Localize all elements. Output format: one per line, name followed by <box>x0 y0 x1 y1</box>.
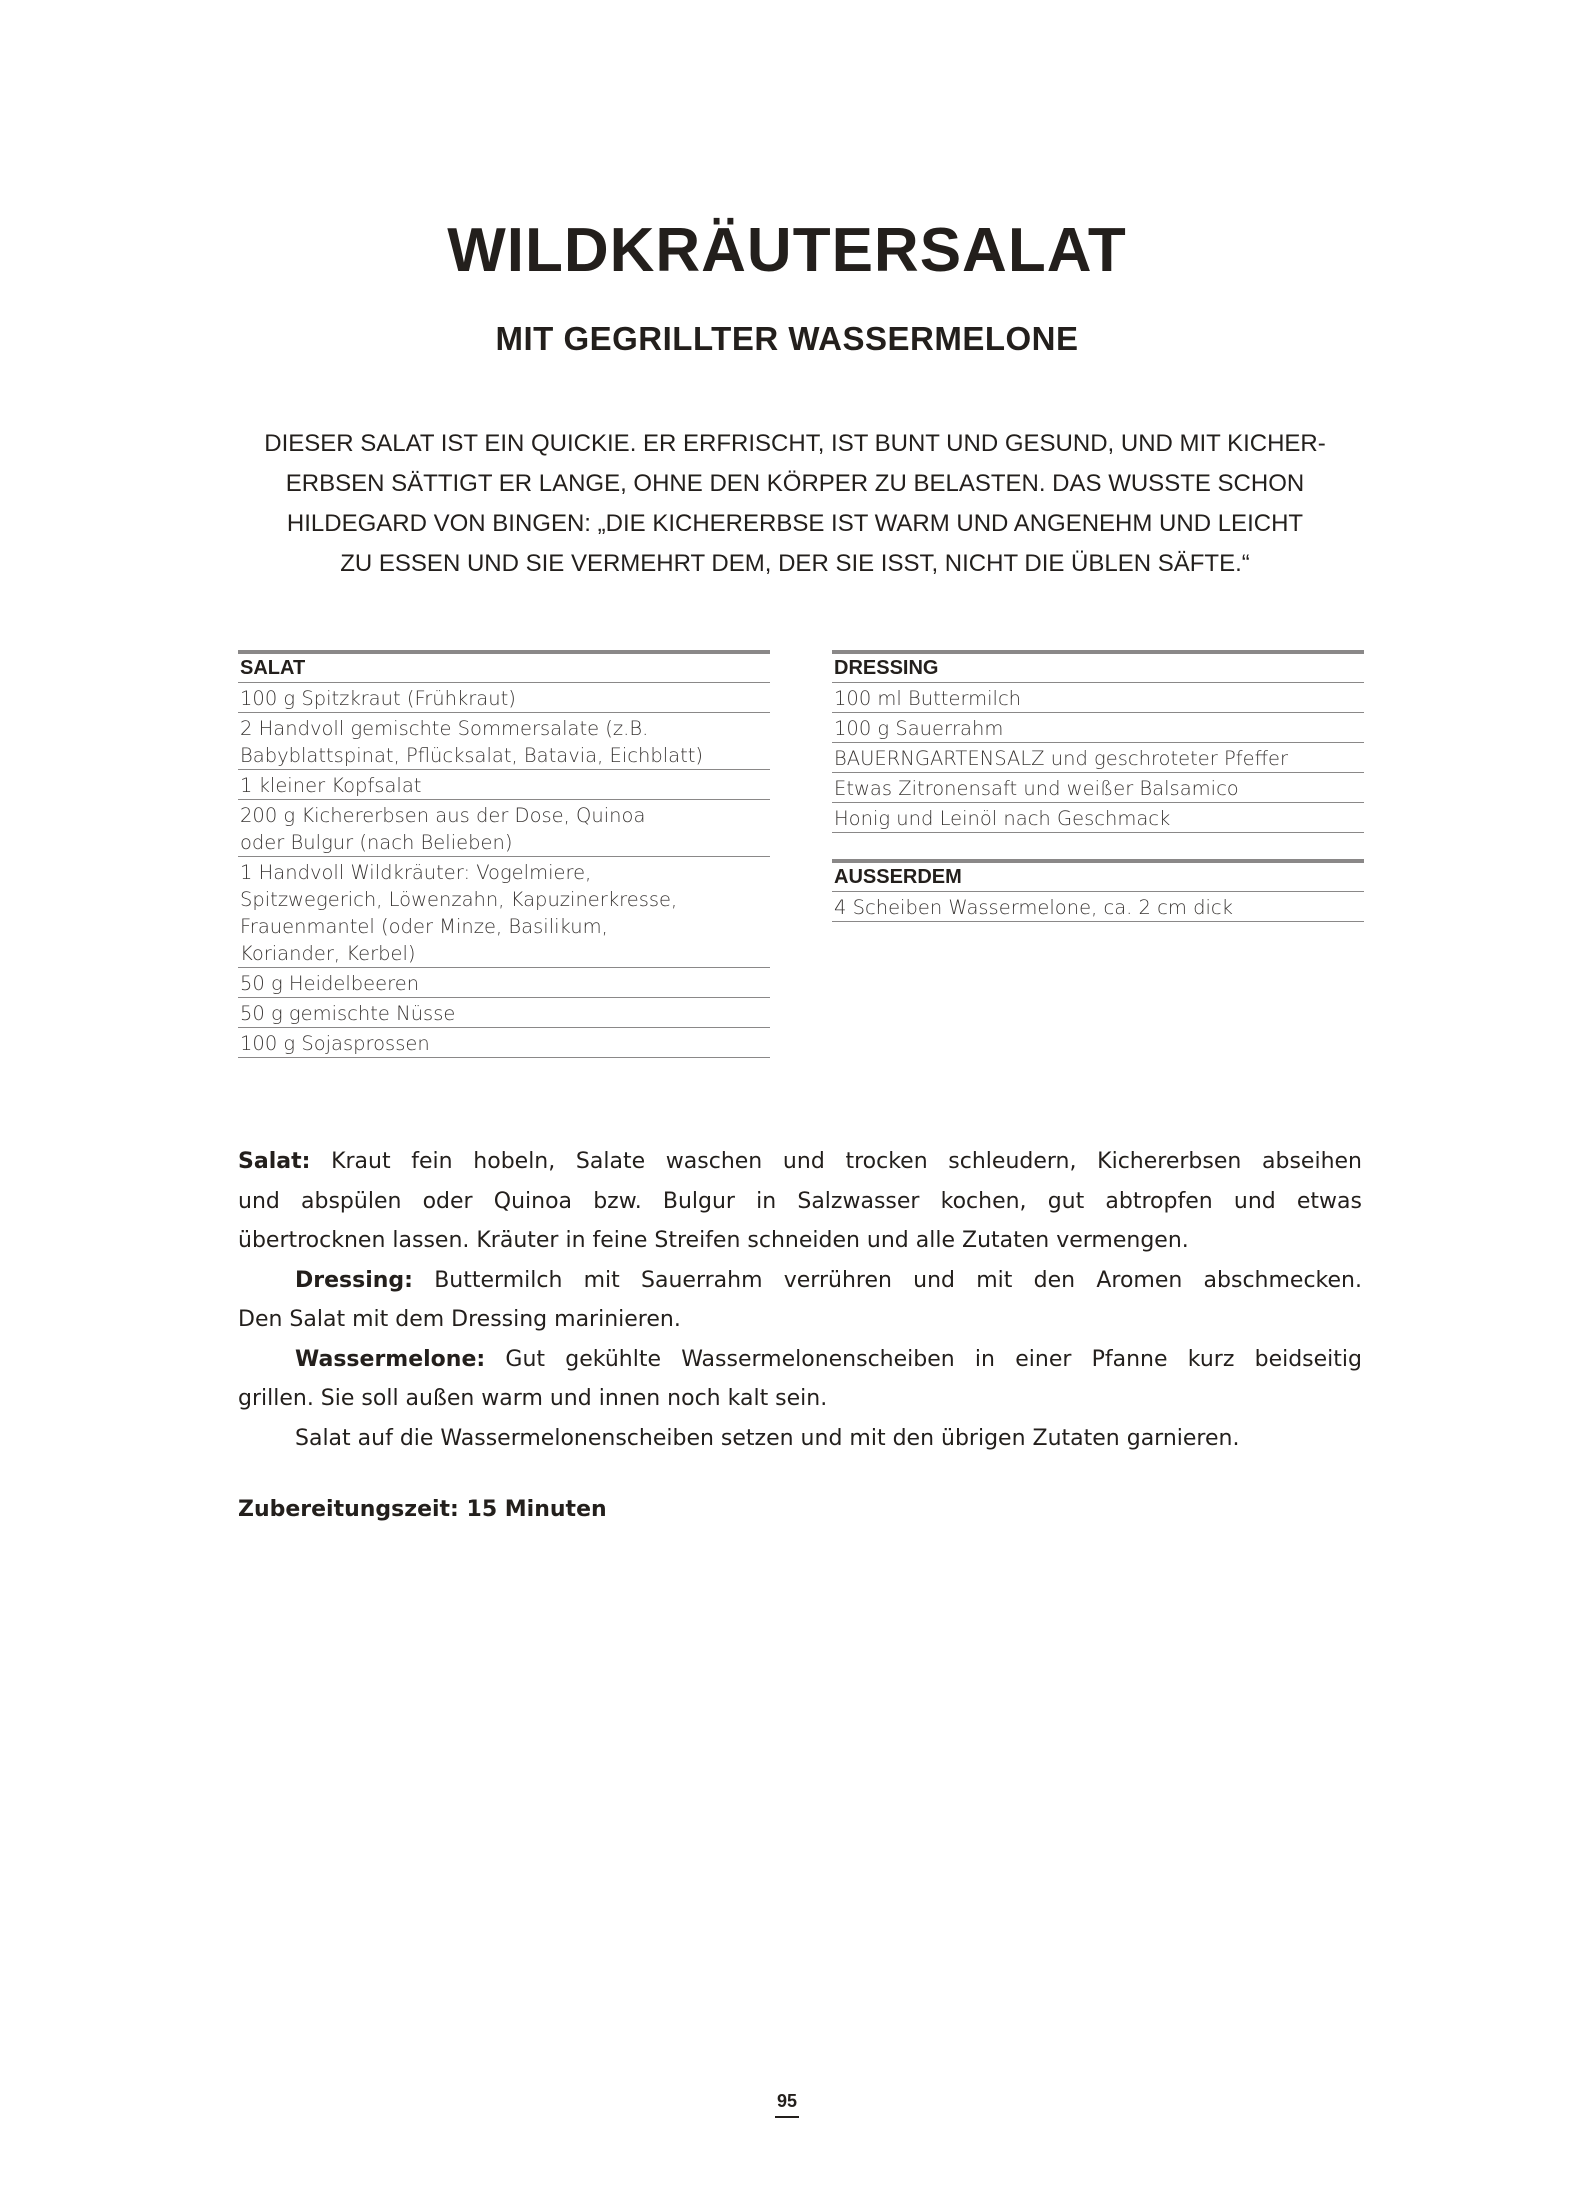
ingredient-heading: AUSSERDEM <box>832 859 1364 892</box>
ingredients-ausserdem: AUSSERDEM4 Scheiben Wassermelone, ca. 2 … <box>832 859 1364 922</box>
method-final-line: Salat auf die Wassermelonenscheiben setz… <box>238 1419 1362 1459</box>
ingredient-heading: SALAT <box>238 650 770 683</box>
ingredient-item: 100 g Sauerrahm <box>832 713 1364 743</box>
ingredient-item: 4 Scheiben Wassermelone, ca. 2 cm dick <box>832 892 1364 922</box>
intro-paragraph: DIESER SALAT IST EIN QUICKIE. ER ERFRISC… <box>240 424 1350 584</box>
ingredient-item: 1 Handvoll Wildkräuter: Vogelmiere,Spitz… <box>238 857 770 968</box>
method-line: übertrocknen lassen. Kräuter in feine St… <box>238 1221 1362 1261</box>
page-subtitle: MIT GEGRILLTER WASSERMELONE <box>0 322 1574 355</box>
method-line: und abspülen oder Quinoa bzw. Bulgur in … <box>238 1182 1362 1222</box>
method-melone-label: Wassermelone: <box>295 1347 485 1372</box>
ingredients-right-column: DRESSING100 ml Buttermilch100 g Sauerrah… <box>832 650 1364 948</box>
recipe-page: WILDKRÄUTERSALAT MIT GEGRILLTER WASSERME… <box>0 0 1574 2204</box>
method-salat-label: Salat: <box>238 1149 310 1174</box>
intro-line: DIESER SALAT IST EIN QUICKIE. ER ERFRISC… <box>240 424 1350 464</box>
method-salat-line: Salat: Kraut fein hobeln, Salate waschen… <box>238 1142 1362 1182</box>
ingredient-item: 50 g gemischte Nüsse <box>238 998 770 1028</box>
ingredient-item: 2 Handvoll gemischte Sommersalate (z.B.B… <box>238 713 770 770</box>
ingredient-item: Honig und Leinöl nach Geschmack <box>832 803 1364 833</box>
page-number: 95 <box>0 2091 1574 2118</box>
ingredients-dressing: DRESSING100 ml Buttermilch100 g Sauerrah… <box>832 650 1364 833</box>
ingredient-item: 100 g Spitzkraut (Frühkraut) <box>238 683 770 713</box>
ingredient-heading: DRESSING <box>832 650 1364 683</box>
preparation-time: Zubereitungszeit: 15 Minuten <box>238 1497 607 1522</box>
method-melone-line: Wassermelone: Gut gekühlte Wassermelonen… <box>238 1340 1362 1380</box>
intro-line: ERBSEN SÄTTIGT ER LANGE, OHNE DEN KÖRPER… <box>240 464 1350 504</box>
method-dressing-line: Dressing: Buttermilch mit Sauerrahm verr… <box>238 1261 1362 1301</box>
ingredient-item: 100 ml Buttermilch <box>832 683 1364 713</box>
method-text: Salat: Kraut fein hobeln, Salate waschen… <box>238 1142 1362 1458</box>
ingredient-item: 100 g Sojasprossen <box>238 1028 770 1058</box>
ingredient-item: 1 kleiner Kopfsalat <box>238 770 770 800</box>
ingredients-salat: SALAT100 g Spitzkraut (Frühkraut)2 Handv… <box>238 650 770 1058</box>
ingredient-item: 50 g Heidelbeeren <box>238 968 770 998</box>
method-line: Den Salat mit dem Dressing marinieren. <box>238 1300 1362 1340</box>
ingredient-item: 200 g Kichererbsen aus der Dose, Quinoao… <box>238 800 770 857</box>
method-line: grillen. Sie soll außen warm und innen n… <box>238 1379 1362 1419</box>
method-dressing-label: Dressing: <box>295 1268 413 1293</box>
intro-line: HILDEGARD VON BINGEN: „DIE KICHERERBSE I… <box>240 504 1350 544</box>
page-title: WILDKRÄUTERSALAT <box>0 220 1574 282</box>
ingredients-left-column: SALAT100 g Spitzkraut (Frühkraut)2 Handv… <box>238 650 770 1084</box>
intro-line: ZU ESSEN UND SIE VERMEHRT DEM, DER SIE I… <box>240 544 1350 584</box>
ingredient-item: Etwas Zitronensaft und weißer Balsamico <box>832 773 1364 803</box>
ingredient-item: BAUERNGARTENSALZ und geschroteter Pfeffe… <box>832 743 1364 773</box>
